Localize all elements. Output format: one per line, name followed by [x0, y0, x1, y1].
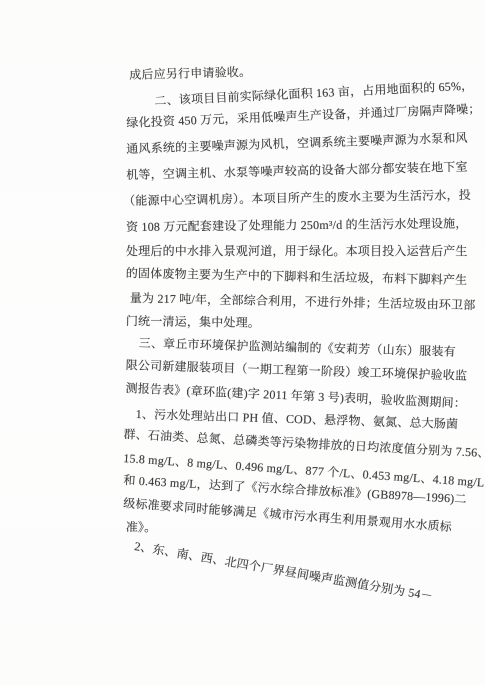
text-line: 准》。	[126, 518, 157, 536]
text-line: 处理后的中水排入景观河道，用于绿化。本项目投入运营后产生	[126, 242, 468, 259]
text-line: 限公司新建服装项目（一期工程第一阶段）竣工环境保护验收监	[125, 356, 467, 384]
text-line: （能源中心空调机房）。本项目所产生的废水主要为生活污水，投	[123, 186, 471, 209]
text-line: 通风系统的主要噪声源为风机，空调系统主要噪声源为水泵和风	[126, 129, 468, 157]
text-line: 门统一清运，集中处理。	[126, 312, 260, 331]
text-line: 三、章丘市环境保护监测站编制的《安莉芳（山东）服装有	[139, 334, 457, 360]
text-line: 2、东、南、西、北四个厂界昼间噪声监测值分别为 54－	[133, 537, 434, 604]
text-line: 成后应另行申请验收。	[129, 63, 251, 83]
text-line: 资 108 万元配套建设了处理能力 250m³/d 的生活污水处理设施，	[126, 214, 468, 235]
text-line: 机等，空调主机、水泵等噪声较高的设备大部分都安装在地下室	[126, 158, 468, 183]
text-line: 的固体废物主要为生产中的下脚料和生活垃圾，布料下脚料产生	[126, 264, 468, 288]
text-line: 量为 217 吨/年，全部综合利用，不进行外排；生活垃圾由环卫部	[130, 289, 476, 313]
scanned-document-page: 成后应另行申请验收。 二、该项目目前实际绿化面积 163 亩，占用地面积的 65…	[0, 0, 485, 685]
